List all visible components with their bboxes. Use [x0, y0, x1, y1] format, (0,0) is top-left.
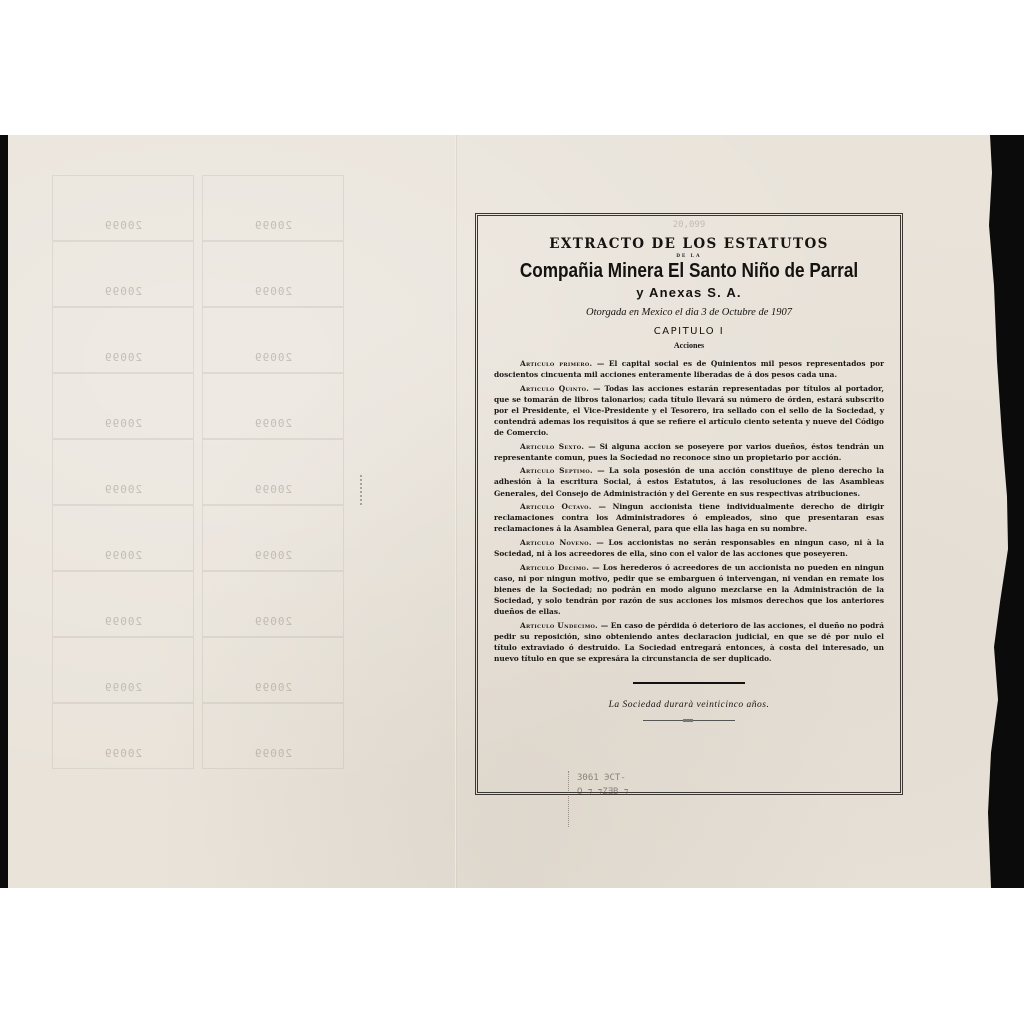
article-paragraph: Articulo Noveno. — Los accionistas no se… [494, 537, 884, 559]
article-paragraph: Articulo Decimo. — Los herederos ó acree… [494, 562, 884, 617]
coupon-number: 20099 [104, 747, 142, 760]
coupon: 20099 [202, 241, 344, 307]
coupon: 20099 [52, 505, 194, 571]
paper-sheet: 2009920099200992009920099200992009920099… [8, 135, 1008, 888]
coupon: 20099 [202, 571, 344, 637]
coupon-number: 20099 [254, 483, 292, 496]
article-paragraph: Articulo primero. — El capital social es… [494, 358, 884, 380]
faint-serial-number: 20,099 [673, 220, 706, 230]
statutes-frame: 20,099 EXTRACTO DE LOS ESTATUTOS DE LA C… [475, 213, 903, 795]
granted-date: Otorgada en Mexico el dia 3 de Octubre d… [478, 307, 900, 318]
article-paragraph: Articulo Quinto. — Todas las acciones es… [494, 383, 884, 438]
chapter-heading: CAPITULO I [478, 326, 900, 337]
coupon: 20099 [52, 571, 194, 637]
coupon-number: 20099 [254, 219, 292, 232]
coupon: 20099 [52, 241, 194, 307]
coupon-number: 20099 [104, 219, 142, 232]
coupon: 20099 [202, 175, 344, 241]
article-paragraph: Articulo Sexto. — Si alguna accion se po… [494, 441, 884, 463]
coupon-row: 2009920099 [48, 439, 348, 505]
article-label: Articulo Sexto. [520, 442, 584, 451]
coupon-number: 20099 [254, 351, 292, 364]
article-label: Articulo Noveno. [520, 538, 592, 547]
title-connector: DE LA [478, 254, 900, 259]
perforation-mark [360, 475, 365, 505]
scanned-document: 2009920099200992009920099200992009920099… [0, 135, 1024, 888]
coupon-number: 20099 [104, 417, 142, 430]
bleed-through-coupons: 2009920099200992009920099200992009920099… [48, 175, 348, 815]
coupon-row: 2009920099 [48, 505, 348, 571]
articles-list: Articulo primero. — El capital social es… [494, 358, 884, 664]
coupon-number: 20099 [254, 747, 292, 760]
coupon: 20099 [202, 373, 344, 439]
article-label: Articulo Undecimo. [520, 621, 598, 630]
coupon-number: 20099 [254, 285, 292, 298]
company-suffix: y Anexas S. A. [478, 285, 900, 300]
faded-stamp: 3061 ЭCT- O ⁊ ⁊ZƎB ⁊ [568, 771, 659, 827]
coupon: 20099 [52, 637, 194, 703]
article-label: Articulo Septimo. [520, 466, 593, 475]
divider-rule [633, 682, 745, 684]
document-title: EXTRACTO DE LOS ESTATUTOS [478, 236, 900, 252]
coupon-row: 2009920099 [48, 703, 348, 769]
stamp-line: O ⁊ ⁊ZƎB ⁊ [577, 785, 659, 799]
coupon-row: 2009920099 [48, 373, 348, 439]
coupon-row: 2009920099 [48, 241, 348, 307]
closing-statement: La Sociedad durarà veinticinco años. [478, 700, 900, 710]
coupon-number: 20099 [104, 549, 142, 562]
article-paragraph: Articulo Undecimo. — En caso de pérdida … [494, 620, 884, 664]
article-paragraph: Articulo Octavo. — Ningun accionista tie… [494, 501, 884, 534]
coupon-number: 20099 [104, 681, 142, 694]
coupon: 20099 [202, 703, 344, 769]
coupon: 20099 [52, 307, 194, 373]
coupon-number: 20099 [254, 417, 292, 430]
coupon-number: 20099 [254, 615, 292, 628]
chapter-topic: Acciones [478, 341, 900, 350]
coupon-number: 20099 [104, 615, 142, 628]
coupon: 20099 [52, 373, 194, 439]
company-name: Compañia Minera El Santo Niño de Parral [508, 260, 871, 283]
ornament-rule [643, 720, 735, 721]
coupon-number: 20099 [104, 285, 142, 298]
coupon: 20099 [202, 505, 344, 571]
article-label: Articulo Quinto. [520, 384, 589, 393]
coupon: 20099 [202, 439, 344, 505]
coupon-row: 2009920099 [48, 175, 348, 241]
coupon: 20099 [52, 175, 194, 241]
coupon-number: 20099 [104, 351, 142, 364]
article-label: Articulo Decimo. [520, 563, 589, 572]
coupon-number: 20099 [254, 681, 292, 694]
coupon-number: 20099 [254, 549, 292, 562]
coupon: 20099 [52, 703, 194, 769]
coupon-row: 2009920099 [48, 571, 348, 637]
article-paragraph: Articulo Septimo. — La sola posesión de … [494, 465, 884, 498]
coupon-row: 2009920099 [48, 637, 348, 703]
fold-line [455, 135, 457, 888]
coupon: 20099 [202, 637, 344, 703]
coupon-row: 2009920099 [48, 307, 348, 373]
article-label: Articulo Octavo. [520, 502, 592, 511]
coupon: 20099 [52, 439, 194, 505]
coupon-number: 20099 [104, 483, 142, 496]
stamp-line: 3061 ЭCT- [577, 771, 659, 785]
coupon: 20099 [202, 307, 344, 373]
article-label: Articulo primero. [520, 359, 592, 368]
